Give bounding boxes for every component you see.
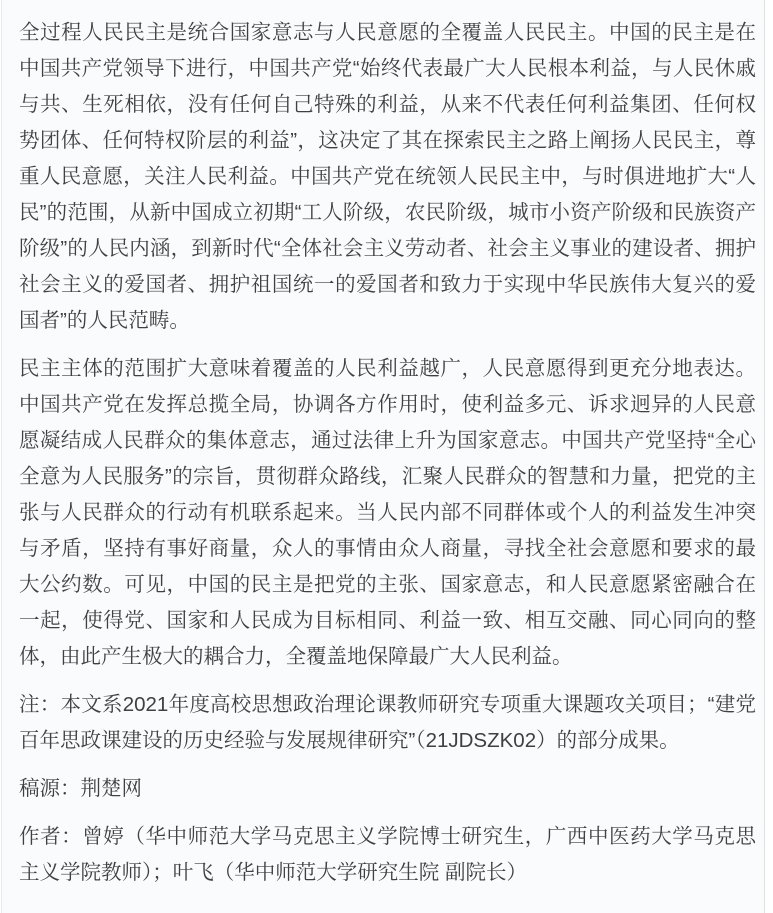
body-paragraph-1: 全过程人民民主是统合国家意志与人民意愿的全覆盖人民民主。中国的民主是在中国共产党… <box>19 15 756 339</box>
article-content: 全过程人民民主是统合国家意志与人民意愿的全覆盖人民民主。中国的民主是在中国共产党… <box>1 0 765 913</box>
author-line: 作者：曾婷（华中师范大学马克思主义学院博士研究生，广西中医药大学马克思主义学院教… <box>19 819 756 891</box>
source-line: 稿源：荆楚网 <box>19 771 756 807</box>
note-text: 注：本文系2021年度高校思想政治理论课教师研究专项重大课题攻关项目；“建党百年… <box>19 687 756 759</box>
body-paragraph-2: 民主主体的范围扩大意味着覆盖的人民利益越广，人民意愿得到更充分地表达。中国共产党… <box>19 351 756 675</box>
